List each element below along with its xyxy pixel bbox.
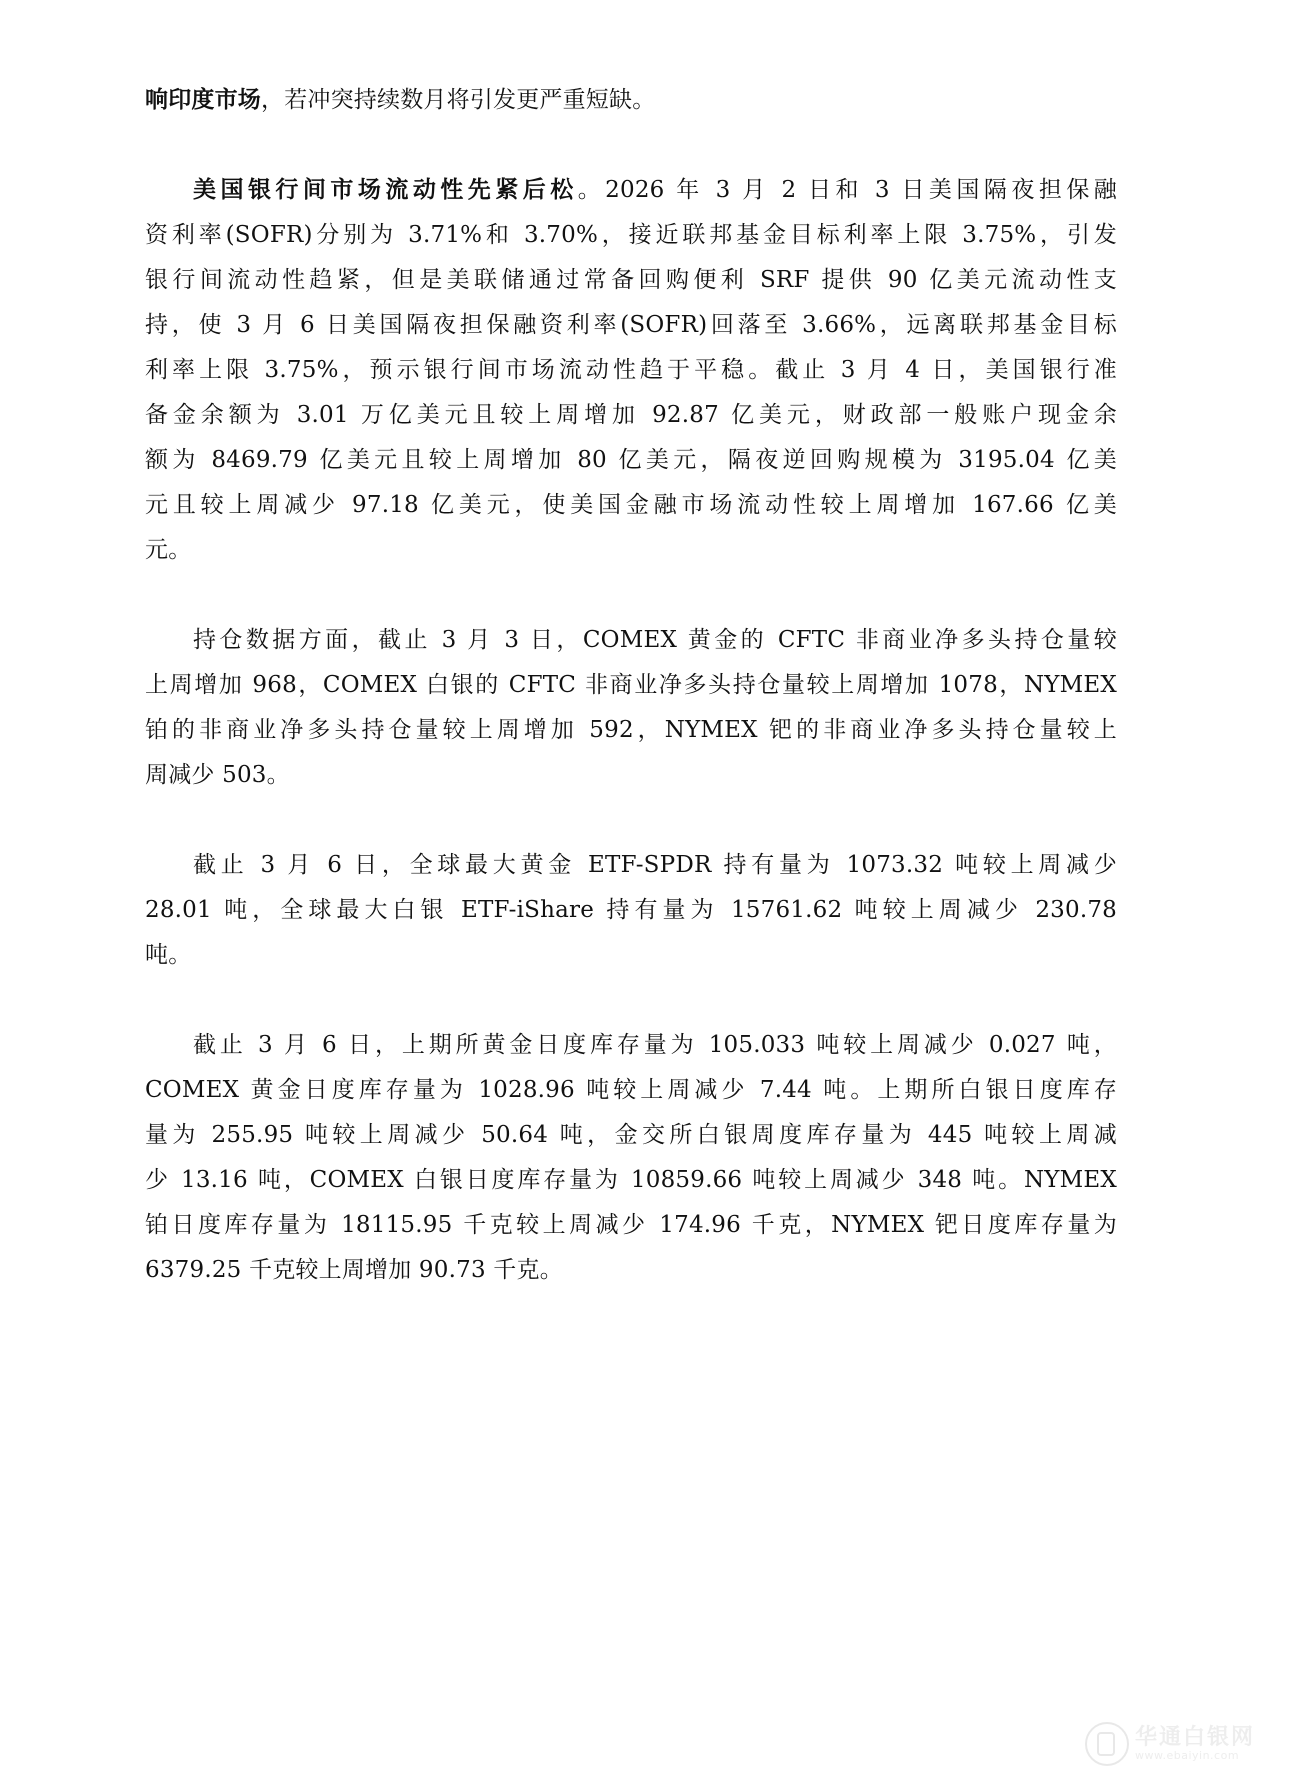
- watermark-url: www.ebaiyin.com: [1135, 1750, 1255, 1762]
- document-page: 响印度市场，若冲突持续数月将引发更严重短缺。 美国银行间市场流动性先紧后松。20…: [145, 78, 1117, 1338]
- text-line: 铂的非商业净多头持仓量较上周增加 592，NYMEX 钯的非商业净多头持仓量较上: [145, 708, 1117, 753]
- text-line: 28.01 吨，全球最大白银 ETF-iShare 持有量为 15761.62 …: [145, 888, 1117, 933]
- text-line: COMEX 黄金日度库存量为 1028.96 吨较上周减少 7.44 吨。上期所…: [145, 1068, 1117, 1113]
- paragraph-us-interbank-liquidity: 美国银行间市场流动性先紧后松。2026 年 3 月 2 日和 3 日美国隔夜担保…: [145, 168, 1117, 573]
- paragraph-india-market: 响印度市场，若冲突持续数月将引发更严重短缺。: [145, 78, 1117, 123]
- text-line: 铂日度库存量为 18115.95 千克较上周减少 174.96 千克，NYMEX…: [145, 1203, 1117, 1248]
- text-line: 银行间流动性趋紧，但是美联储通过常备回购便利 SRF 提供 90 亿美元流动性支: [145, 258, 1117, 303]
- text-line: 6379.25 千克较上周增加 90.73 千克。: [145, 1248, 1117, 1293]
- paragraph-etf-holdings: 截止 3 月 6 日，全球最大黄金 ETF-SPDR 持有量为 1073.32 …: [145, 843, 1117, 978]
- watermark-title: 华通白银网: [1135, 1726, 1255, 1750]
- text-line: 备金余额为 3.01 万亿美元且较上周增加 92.87 亿美元，财政部一般账户现…: [145, 393, 1117, 438]
- text-line: 资利率(SOFR)分别为 3.71%和 3.70%，接近联邦基金目标利率上限 3…: [145, 213, 1117, 258]
- text-line: 周减少 503。: [145, 753, 1117, 798]
- text-line: 量为 255.95 吨较上周减少 50.64 吨，金交所白银周度库存量为 445…: [145, 1113, 1117, 1158]
- text-line: 元。: [145, 528, 1117, 573]
- text-line: 持，使 3 月 6 日美国隔夜担保融资利率(SOFR)回落至 3.66%，远离联…: [145, 303, 1117, 348]
- bold-lead-text: 美国银行间市场流动性先紧后松: [193, 177, 578, 203]
- text-line: 吨。: [145, 933, 1117, 978]
- bold-lead-text: 响印度市场: [145, 87, 261, 113]
- text-line: 上周增加 968，COMEX 白银的 CFTC 非商业净多头持仓量较上周增加 1…: [145, 663, 1117, 708]
- text-line: 持仓数据方面，截止 3 月 3 日，COMEX 黄金的 CFTC 非商业净多头持…: [145, 618, 1117, 663]
- line-text: 。2026 年 3 月 2 日和 3 日美国隔夜担保融: [578, 177, 1117, 203]
- text-line: 截止 3 月 6 日，上期所黄金日度库存量为 105.033 吨较上周减少 0.…: [145, 1023, 1117, 1068]
- text-line: 响印度市场，若冲突持续数月将引发更严重短缺。: [145, 78, 1117, 123]
- text-line: 美国银行间市场流动性先紧后松。2026 年 3 月 2 日和 3 日美国隔夜担保…: [145, 168, 1117, 213]
- watermark-text: 华通白银网 www.ebaiyin.com: [1135, 1726, 1255, 1762]
- watermark-logo-icon: [1085, 1722, 1129, 1766]
- line-text: ，若冲突持续数月将引发更严重短缺。: [261, 87, 655, 113]
- text-line: 截止 3 月 6 日，全球最大黄金 ETF-SPDR 持有量为 1073.32 …: [145, 843, 1117, 888]
- text-line: 额为 8469.79 亿美元且较上周增加 80 亿美元，隔夜逆回购规模为 319…: [145, 438, 1117, 483]
- text-line: 元且较上周减少 97.18 亿美元，使美国金融市场流动性较上周增加 167.66…: [145, 483, 1117, 528]
- paragraph-inventories: 截止 3 月 6 日，上期所黄金日度库存量为 105.033 吨较上周减少 0.…: [145, 1023, 1117, 1293]
- paragraph-positions: 持仓数据方面，截止 3 月 3 日，COMEX 黄金的 CFTC 非商业净多头持…: [145, 618, 1117, 798]
- text-line: 利率上限 3.75%，预示银行间市场流动性趋于平稳。截止 3 月 4 日，美国银…: [145, 348, 1117, 393]
- watermark: 华通白银网 www.ebaiyin.com: [1085, 1714, 1285, 1774]
- text-line: 少 13.16 吨，COMEX 白银日度库存量为 10859.66 吨较上周减少…: [145, 1158, 1117, 1203]
